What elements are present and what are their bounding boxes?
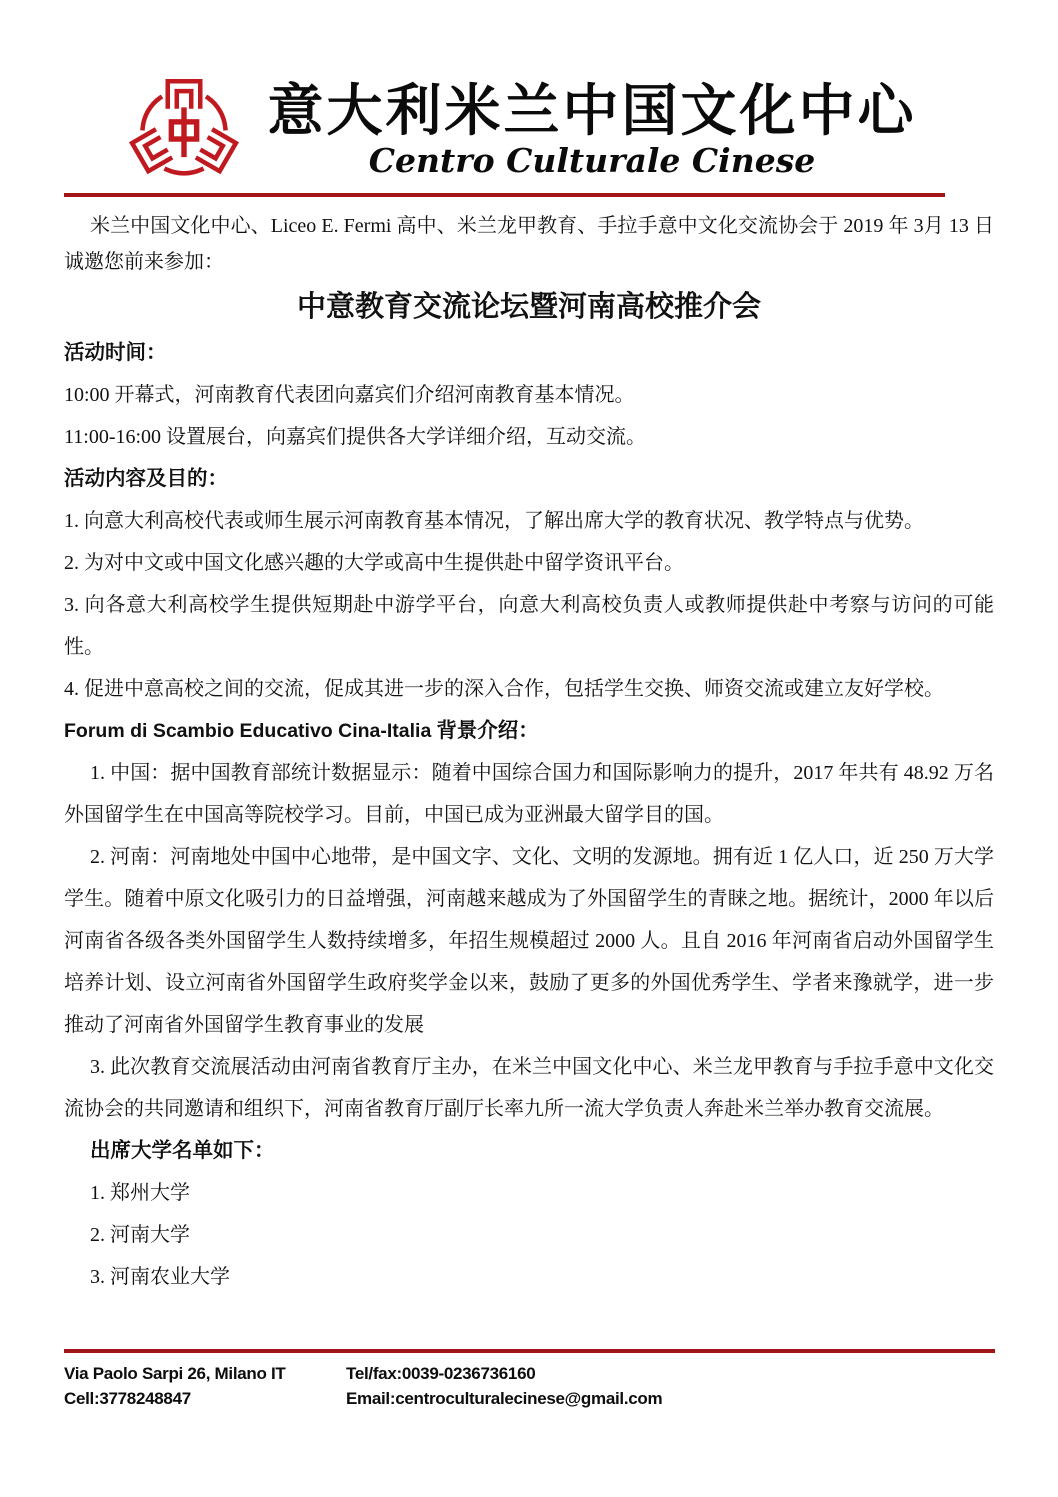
seal-zhong-glyph [171, 110, 196, 154]
footer-cell: Cell:3778248847 [64, 1387, 346, 1410]
purpose-item: 2. 为对中文或中国文化感兴趣的大学或高中生提供赴中留学资讯平台。 [64, 542, 994, 584]
schedule-heading: 活动时间： [64, 332, 994, 374]
background-heading: Forum di Scambio Educativo Cina-Italia 背… [64, 710, 994, 752]
org-name-chinese: 意大利米兰中国文化中心 [262, 81, 922, 141]
document-page: 意大利米兰中国文化中心 Centro Culturale Cinese 米兰中国… [0, 0, 1058, 1497]
seal-meander-top [168, 81, 201, 106]
university-item: 2. 河南大学 [64, 1214, 994, 1256]
schedule-item: 10:00 开幕式，河南教育代表团向嘉宾们介绍河南教育基本情况。 [64, 374, 994, 416]
org-name-italian: Centro Culturale Cinese [262, 143, 922, 179]
footer-email: Email:centroculturalecinese@gmail.com [346, 1387, 995, 1410]
seal-arc [208, 98, 226, 128]
purpose-item: 3. 向各意大利高校学生提供短期赴中游学平台，向意大利高校负责人或教师提供赴中考… [64, 584, 994, 668]
seal-arc [166, 169, 201, 173]
letterhead: 意大利米兰中国文化中心 Centro Culturale Cinese [128, 74, 1058, 186]
background-paragraph-event: 3. 此次教育交流展活动由河南省教育厅主办，在米兰中国文化中心、米兰龙甲教育与手… [64, 1046, 994, 1130]
background-paragraph-china: 1. 中国：据中国教育部统计数据显示：随着中国综合国力和国际影响力的提升，201… [64, 752, 994, 836]
footer-divider [64, 1349, 995, 1353]
letter-footer: Via Paolo Sarpi 26, Milano IT Tel/fax:00… [64, 1349, 995, 1410]
seal-meander-right [198, 130, 236, 171]
universities-heading: 出席大学名单如下： [64, 1130, 994, 1172]
background-paragraph-henan: 2. 河南：河南地处中国中心地带，是中国文字、文化、文明的发源地。拥有近 1 亿… [64, 836, 994, 1046]
footer-address: Via Paolo Sarpi 26, Milano IT [64, 1362, 346, 1385]
background-heading-chinese: 背景介绍： [436, 719, 539, 742]
seal-arc [143, 98, 161, 128]
intro-paragraph: 米兰中国文化中心、Liceo E. Fermi 高中、米兰龙甲教育、手拉手意中文… [64, 208, 994, 280]
university-item: 3. 河南农业大学 [64, 1256, 994, 1298]
footer-contacts: Via Paolo Sarpi 26, Milano IT Tel/fax:00… [64, 1362, 995, 1410]
background-heading-latin: Forum di Scambio Educativo Cina-Italia [64, 720, 431, 742]
university-item: 1. 郑州大学 [64, 1172, 994, 1214]
purpose-item: 1. 向意大利高校代表或师生展示河南教育基本情况，了解出席大学的教育状况、教学特… [64, 500, 994, 542]
letterhead-text: 意大利米兰中国文化中心 Centro Culturale Cinese [262, 81, 922, 179]
cultural-center-seal-icon [128, 74, 240, 186]
seal-meander-left [132, 130, 170, 171]
purpose-heading: 活动内容及目的： [64, 458, 994, 500]
schedule-item: 11:00-16:00 设置展台，向嘉宾们提供各大学详细介绍，互动交流。 [64, 416, 994, 458]
footer-telfax: Tel/fax:0039-0236736160 [346, 1362, 995, 1385]
event-title: 中意教育交流论坛暨河南高校推介会 [64, 287, 994, 327]
letter-body: 米兰中国文化中心、Liceo E. Fermi 高中、米兰龙甲教育、手拉手意中文… [0, 208, 1058, 1298]
purpose-item: 4. 促进中意高校之间的交流，促成其进一步的深入合作，包括学生交换、师资交流或建… [64, 668, 994, 710]
header-divider [64, 193, 945, 197]
